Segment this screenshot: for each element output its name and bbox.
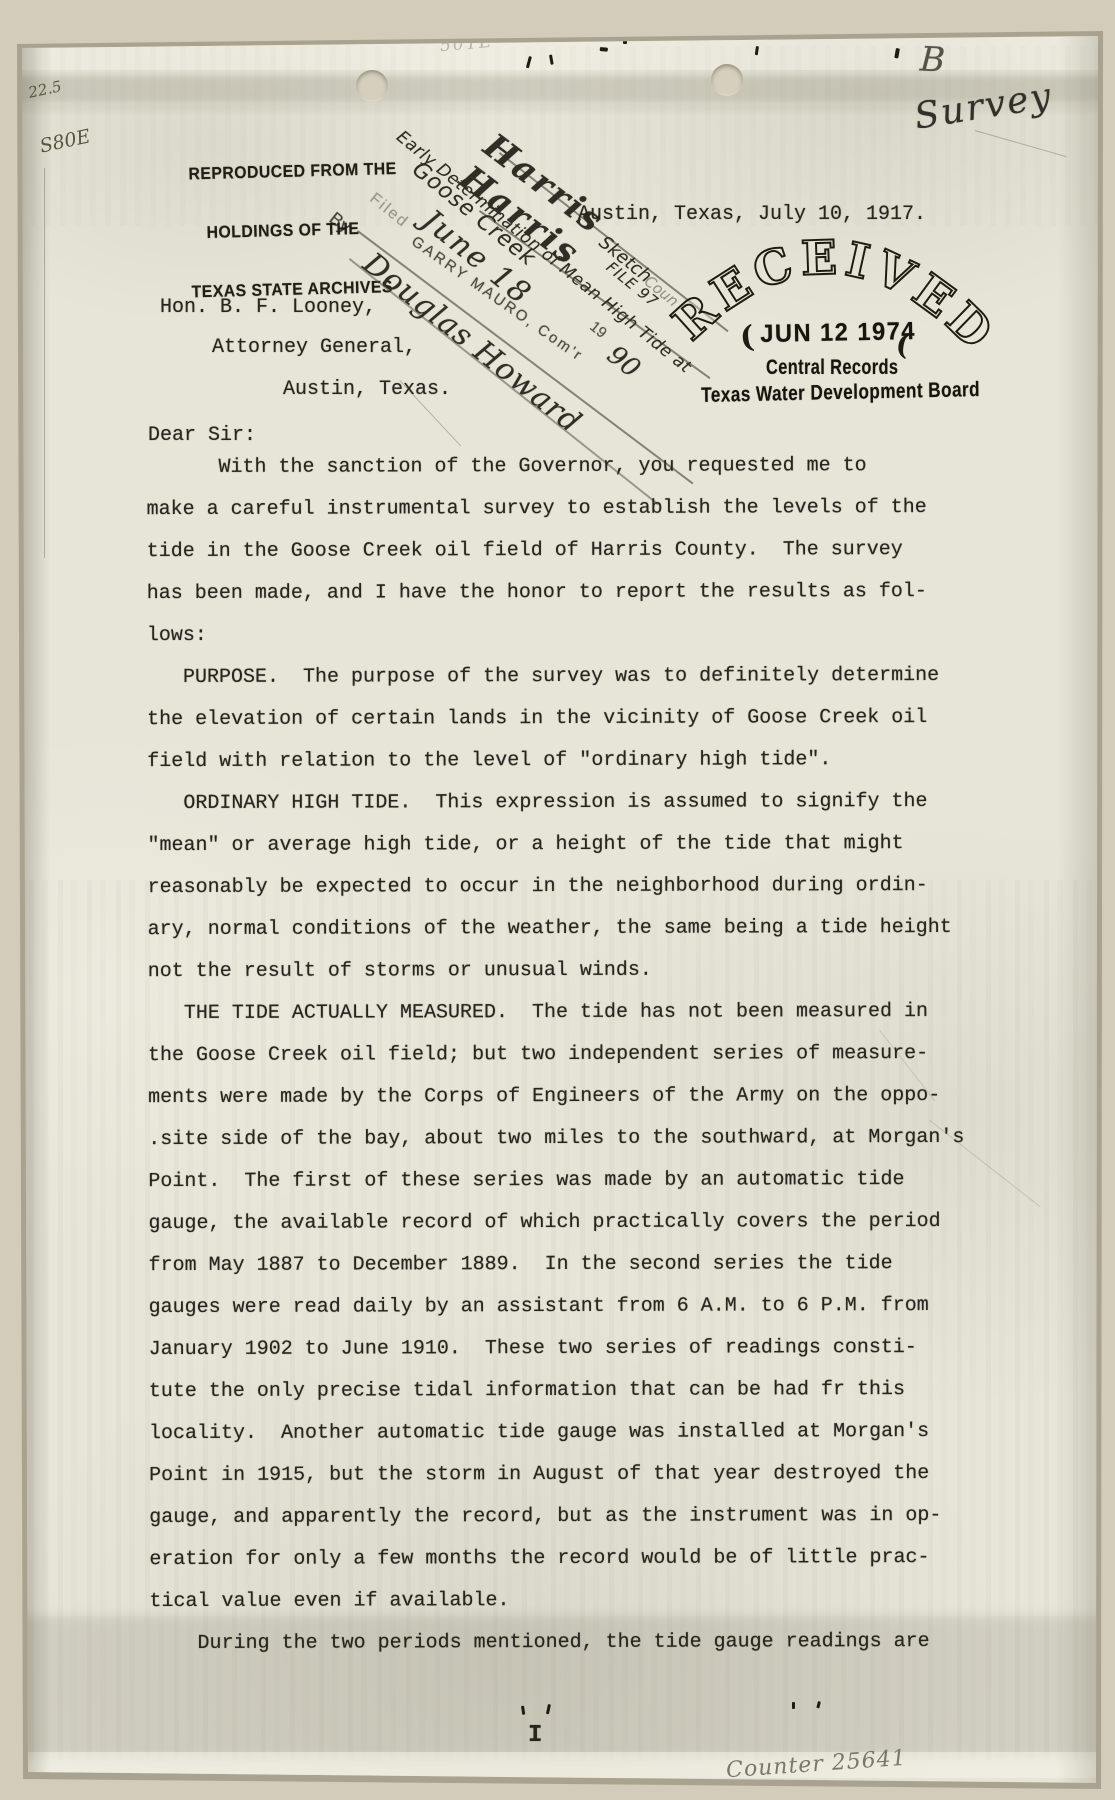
typed-line: gauge, and apparently the record, but as… — [149, 1495, 965, 1539]
typed-line: With the sanction of the Governor, you r… — [146, 445, 962, 489]
document-page: 22.5 S80E 50YE B Survey REPRODUCED FROM … — [0, 0, 1115, 1800]
crease-mark — [44, 168, 45, 558]
letter-body: With the sanction of the Governor, you r… — [146, 445, 965, 1665]
dateline: Austin, Texas, July 10, 1917. — [578, 203, 926, 226]
received-stamp: RECEIVED — [680, 205, 980, 375]
address-line-2: Attorney General, — [212, 336, 416, 359]
typed-line: lows: — [147, 613, 963, 657]
typed-line: THE TIDE ACTUALLY MEASURED. The tide has… — [148, 991, 964, 1035]
typed-line: ary, normal conditions of the weather, t… — [148, 907, 964, 951]
typed-line: the Goose Creek oil field; but two indep… — [148, 1033, 964, 1077]
typed-line: tide in the Goose Creek oil field of Har… — [147, 529, 963, 573]
typed-line: During the two periods mentioned, the ti… — [149, 1621, 965, 1665]
survey-flourish-mark: B — [919, 39, 946, 80]
page-number: I — [528, 1722, 542, 1749]
scan-background: 22.5 S80E 50YE B Survey REPRODUCED FROM … — [0, 0, 1115, 1800]
typed-line: January 1902 to June 1910. These two ser… — [149, 1327, 965, 1371]
typed-line: gauges were read daily by an assistant f… — [149, 1285, 965, 1329]
punch-hole-left — [356, 70, 388, 102]
typed-line: from May 1887 to December 1889. In the s… — [148, 1243, 964, 1287]
ink-speck — [792, 1702, 795, 1709]
typed-line: .site side of the bay, about two miles t… — [148, 1117, 964, 1161]
typed-line: tute the only precise tidal information … — [149, 1369, 965, 1413]
typed-line: eration for only a few months the record… — [149, 1537, 965, 1581]
typed-line: Point. The first of these series was mad… — [148, 1159, 964, 1203]
received-date: JUN 12 1974 — [760, 317, 916, 349]
typed-line: locality. Another automatic tide gauge w… — [149, 1411, 965, 1455]
typed-line: reasonably be expected to occur in the n… — [148, 865, 964, 909]
typed-line: the elevation of certain lands in the vi… — [147, 697, 963, 741]
address-line-1: Hon. B. F. Looney, — [160, 296, 376, 319]
typed-line: ments were made by the Corps of Engineer… — [148, 1075, 964, 1119]
pencil-corner-line2: S80E — [38, 125, 93, 157]
typed-line: field with relation to the level of "ord… — [147, 739, 963, 783]
typed-line: tical value even if available. — [149, 1579, 965, 1623]
received-office-line: Central Records — [766, 356, 898, 380]
salutation: Dear Sir: — [148, 424, 256, 447]
punch-hole-right — [711, 64, 743, 96]
typed-line: gauge, the available record of which pra… — [148, 1201, 964, 1245]
typed-line: PURPOSE. The purpose of the survey was t… — [147, 655, 963, 699]
typed-line: not the result of storms or unusual wind… — [148, 949, 964, 993]
typed-line: has been made, and I have the honor to r… — [147, 571, 963, 615]
typed-line: Point in 1915, but the storm in August o… — [149, 1453, 965, 1497]
typed-line: make a careful instrumental survey to es… — [147, 487, 963, 531]
typed-line: ORDINARY HIGH TIDE. This expression is a… — [147, 781, 963, 825]
address-line-3: Austin, Texas. — [283, 378, 451, 401]
typed-line: "mean" or average high tide, or a height… — [147, 823, 963, 867]
ink-speck — [600, 47, 608, 52]
paper-right-shadow — [1058, 36, 1098, 1784]
pencil-corner-line1: 22.5 — [27, 74, 81, 102]
archives-stamp-line1: REPRODUCED FROM THE — [188, 158, 375, 186]
